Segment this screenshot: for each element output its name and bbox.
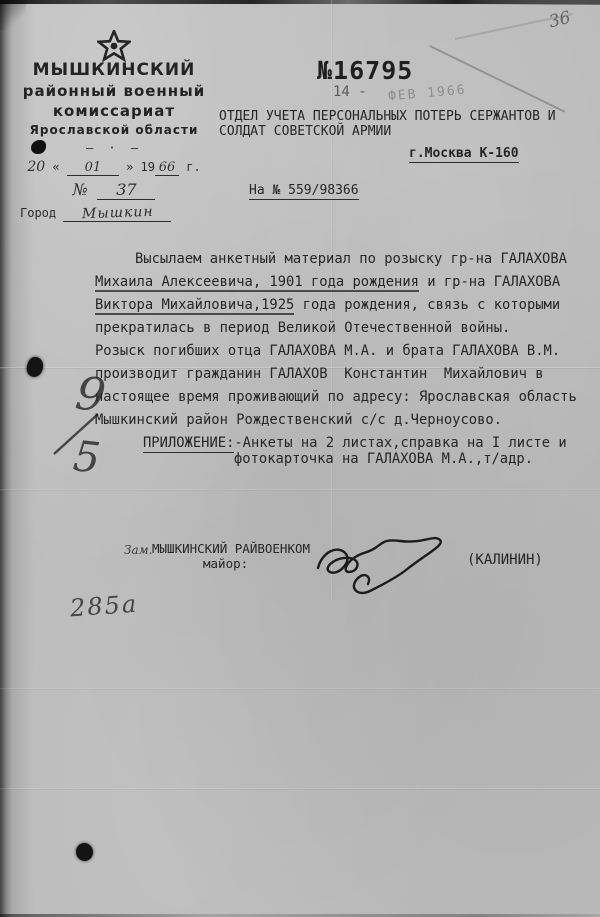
city-label: Город xyxy=(20,206,56,220)
star-icon xyxy=(14,30,214,60)
body-line-8: Мышкинский район Рождественский с/с д.Че… xyxy=(95,409,502,432)
handwritten-number: 37 xyxy=(116,180,136,199)
signer-rank: майор: xyxy=(203,556,248,571)
city-fill-line: Мышкин xyxy=(63,205,171,222)
horizontal-crease xyxy=(0,688,600,690)
margin-fraction-denominator: 5 xyxy=(71,431,103,477)
attachment-line-2: фотокарточка на ГАЛАХОВА М.А.,т/адр. xyxy=(234,448,533,471)
year-prefix: 19 xyxy=(141,160,155,174)
letterhead-number-line: № 37 xyxy=(14,180,214,200)
org-name-line3: комиссариат xyxy=(14,102,214,120)
body-line-7: настоящее время проживающий по адресу: Я… xyxy=(95,386,577,409)
body-line-3-rest: года рождения, связь с которыми xyxy=(294,297,560,313)
attachment-label: ПРИЛОЖЕНИЕ: xyxy=(143,435,234,453)
year-fill-line: 66 xyxy=(155,160,179,176)
signer-name: (КАЛИНИН) xyxy=(467,552,543,568)
org-name-line1: МЫШКИНСКИЙ xyxy=(14,60,214,80)
reference-number: На № 559/98366 xyxy=(249,183,359,198)
punch-hole xyxy=(75,842,95,863)
handwritten-deputy-prefix: Зам. xyxy=(124,543,152,557)
signature xyxy=(308,528,448,598)
org-name-line2: районный военный xyxy=(14,82,214,100)
handwritten-day: 20 xyxy=(27,159,45,175)
top-right-corner-shadow xyxy=(480,0,600,5)
archive-note: 285a xyxy=(69,590,139,623)
recipient-city-text: г.Москва К-160 xyxy=(409,146,519,163)
underlined-name-2: Виктора Михайловича,1925 xyxy=(95,297,294,315)
org-name-line4: Ярославской области xyxy=(14,123,214,137)
left-scan-edge xyxy=(0,0,12,917)
horizontal-crease xyxy=(0,489,600,491)
letterhead-city-line: Город Мышкин xyxy=(14,205,214,222)
month-fill-line: 01 xyxy=(67,160,119,176)
quote-open: « xyxy=(52,160,59,174)
body-line-1: Высылаем анкетный материал по розыску гр… xyxy=(135,248,567,271)
number-label: № xyxy=(73,180,88,199)
body-line-2: Михаила Алексеевича, 1901 года рождения … xyxy=(95,271,560,294)
handwritten-city: Мышкин xyxy=(81,204,153,222)
body-line-4: прекратилась в период Великой Отечествен… xyxy=(95,317,510,340)
underlined-name-1: Михаила Алексеевича, 1901 года рождения xyxy=(95,274,419,292)
top-left-corner-shadow xyxy=(0,0,26,30)
diagonal-crease xyxy=(430,45,565,112)
incoming-number-stamp: №16795 xyxy=(317,56,413,85)
body-line-2-rest: и гр-на ГАЛАХОВА xyxy=(419,274,560,290)
incoming-day-stamp: 14 - xyxy=(333,84,367,100)
body-line-6: производит гражданин ГАЛАХОВ Константин … xyxy=(95,363,544,386)
body-line-3: Виктора Михайловича,1925 года рождения, … xyxy=(95,294,560,317)
letterhead-stamp: МЫШКИНСКИЙ районный военный комиссариат … xyxy=(14,30,214,222)
recipient-dept-line2: СОЛДАТ СОВЕТСКОЙ АРМИИ xyxy=(219,124,391,139)
number-fill-line: 37 xyxy=(97,180,155,200)
handwritten-year: 66 xyxy=(159,160,176,175)
quote-close: » xyxy=(126,160,133,174)
date-stamp: ФЕВ 1966 xyxy=(387,83,467,105)
recipient-dept-line1: ОТДЕЛ УЧЕТА ПЕРСОНАЛЬНЫХ ПОТЕРЬ СЕРЖАНТО… xyxy=(219,109,556,124)
letterhead-date-line: 20 « 01 » 1966 г. xyxy=(14,159,214,176)
scanned-document-page: 36 №16795 14 - ФЕВ 1966 ОТДЕЛ УЧЕТА ПЕРС… xyxy=(0,0,600,917)
body-line-5: Розыск погибших отца ГАЛАХОВА М.А. и бра… xyxy=(95,340,560,363)
horizontal-crease xyxy=(0,788,600,790)
reference-number-text: На № 559/98366 xyxy=(249,183,359,200)
recipient-city: г.Москва К-160 xyxy=(409,146,519,161)
corner-page-number: 36 xyxy=(547,8,573,33)
handwritten-month: 01 xyxy=(85,160,102,175)
letterhead-divider: — · — xyxy=(14,141,214,155)
date-suffix: г. xyxy=(186,160,200,174)
signer-title: МЫШКИНСКИЙ РАЙВОЕНКОМ xyxy=(152,541,310,556)
